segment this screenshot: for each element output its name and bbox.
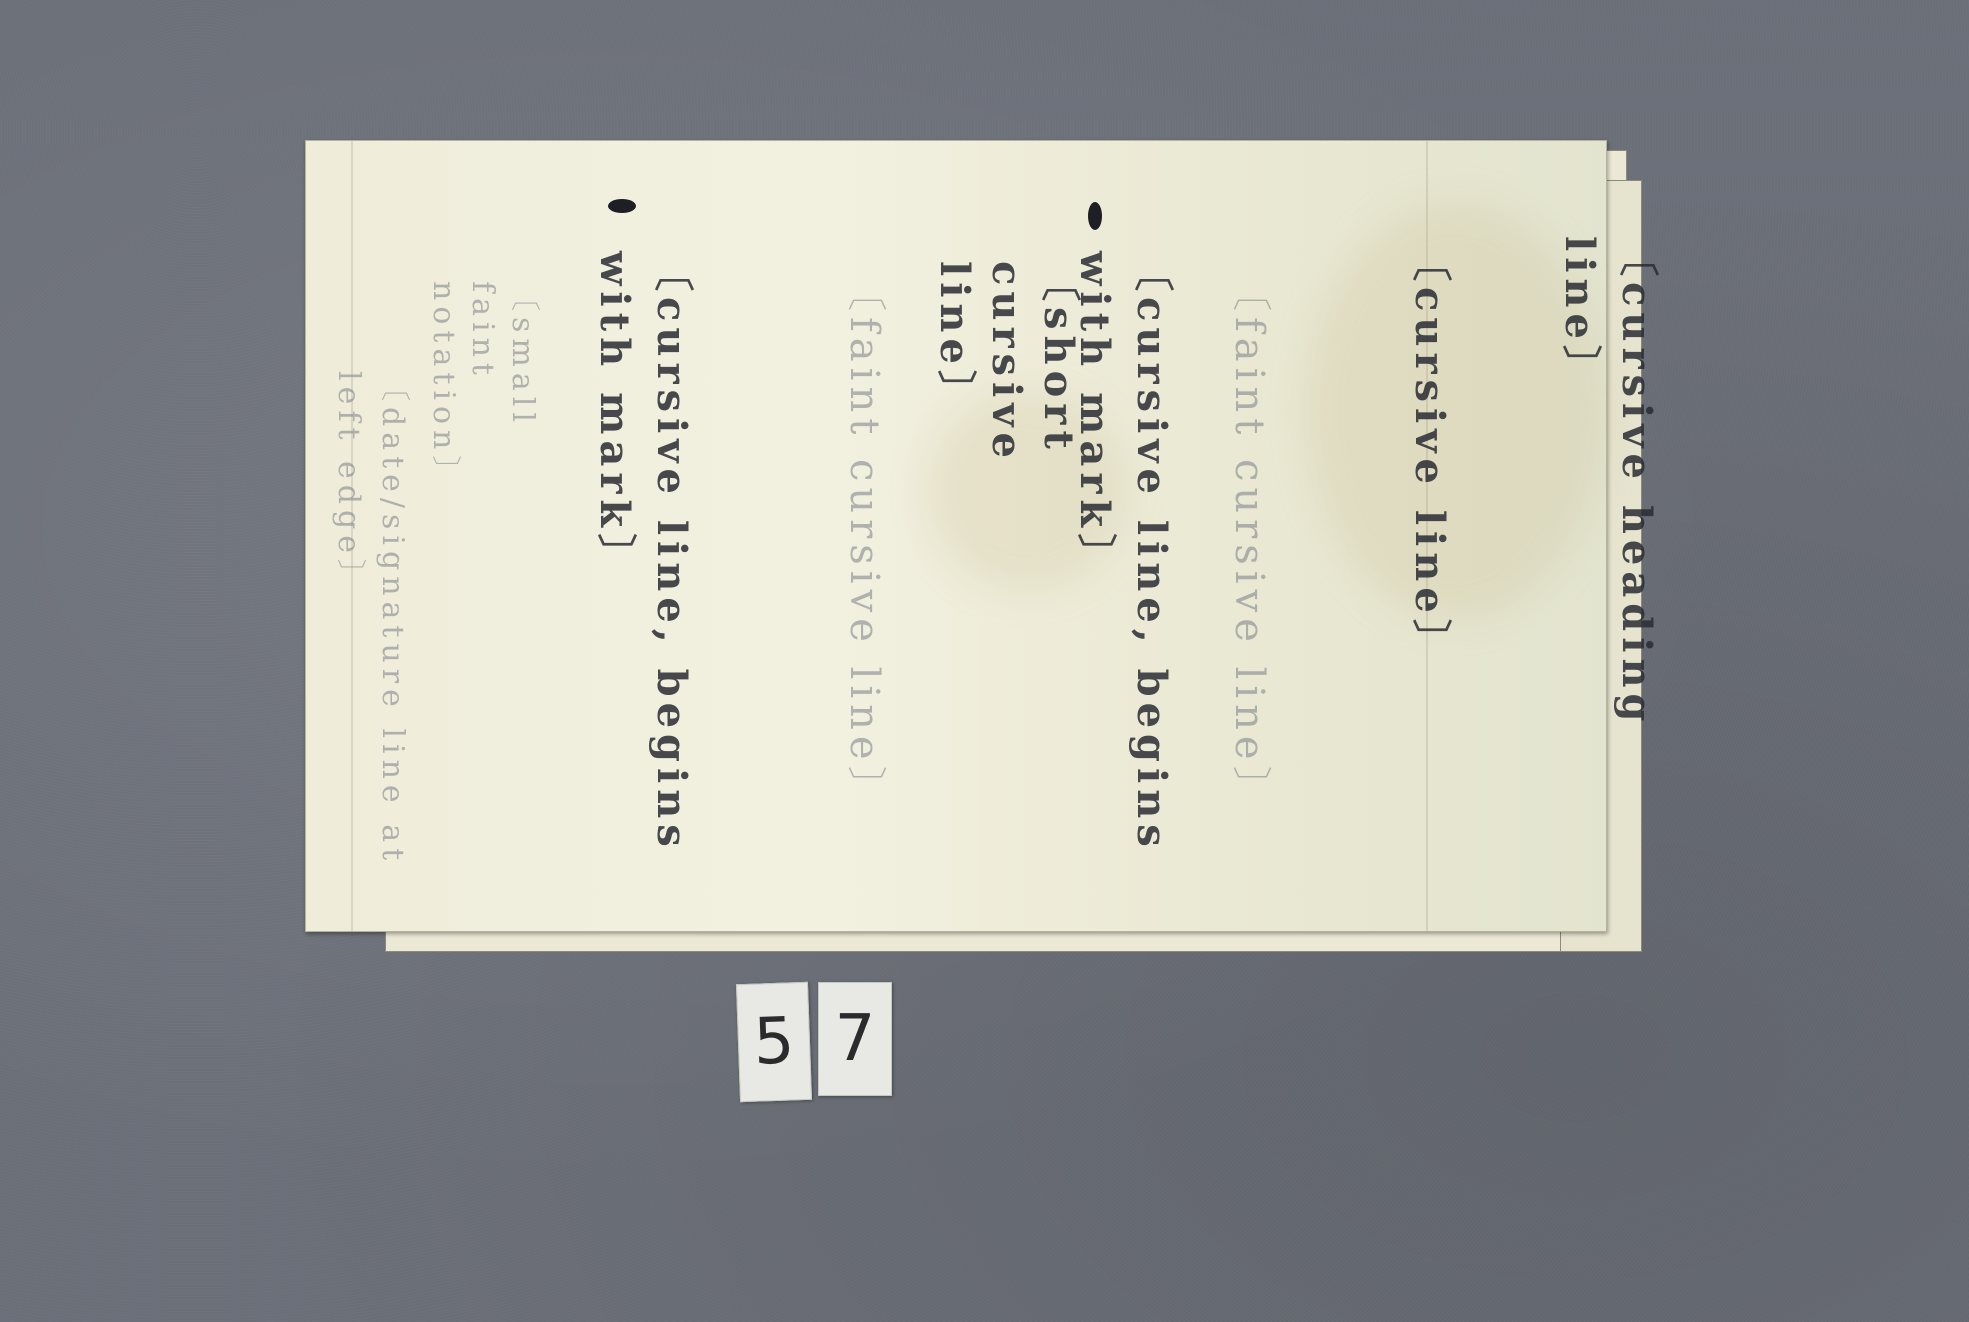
text-column-1: 〔cursive heading line〕 <box>1551 236 1665 796</box>
text-column-6: 〔faint cursive line〕 <box>836 271 893 901</box>
bullet-mark <box>1088 202 1102 230</box>
text-column-7: 〔cursive line, begins with mark〕 <box>586 251 700 881</box>
text-column-5: 〔short cursive line〕 <box>926 261 1087 461</box>
text-column-9: 〔date/signature line at left edge〕 <box>326 371 414 891</box>
text-column-8: 〔small faint notation〕 <box>421 281 544 411</box>
catalog-tag-digit-1: 5 <box>736 982 812 1102</box>
document-sheet: 〔cursive heading line〕 〔cursive line〕 〔f… <box>305 140 1607 932</box>
text-column-3: 〔faint cursive line〕 <box>1221 271 1278 891</box>
bullet-mark <box>608 199 636 213</box>
catalog-tag-digit-2: 7 <box>818 982 892 1096</box>
text-column-2: 〔cursive line〕 <box>1401 241 1458 881</box>
